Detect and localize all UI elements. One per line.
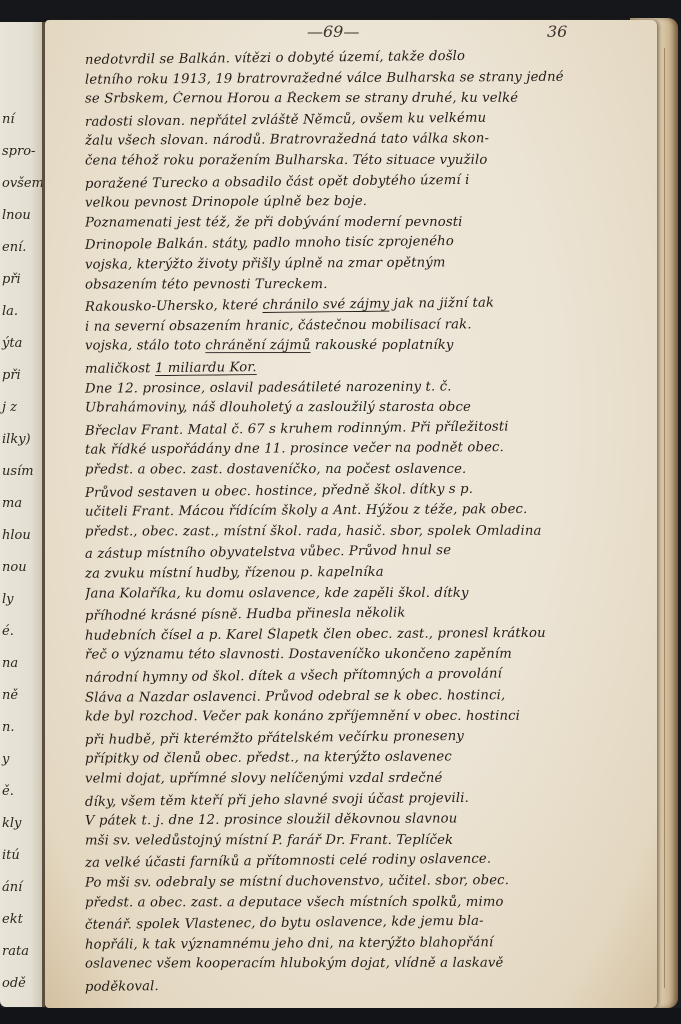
left-page-text-fragment: při <box>2 272 21 287</box>
text-line: Břeclav Frant. Matal č. 67 s kruhem rodi… <box>85 418 633 439</box>
left-page-text-fragment: usím <box>2 464 34 479</box>
text-line: hopřáli, k tak významnému jeho dni, na k… <box>85 934 633 952</box>
text-line: obsazením této pevnosti Tureckem. <box>85 276 633 292</box>
left-page-text-fragment: n. <box>2 720 15 735</box>
text-line: Sláva a Nazdar oslavenci. Průvod odebral… <box>85 687 633 705</box>
left-page-text-fragment: ně <box>2 688 18 703</box>
underlined-phrase: 1 miliardu Kor. <box>155 360 257 376</box>
left-page-text-fragment: y <box>2 752 9 767</box>
text-line: velmi dojat, upřímné slovy nelíčenými vz… <box>85 771 633 787</box>
text-line: vojska, kterýžto životy přišly úplně na … <box>85 254 633 272</box>
manuscript-page: —69— 36 nedotvrdil se Balkán. vítězi o d… <box>45 20 657 1008</box>
text-line: tak řídké uspořádány dne 11. prosince ve… <box>85 440 633 458</box>
text-line: hudebních čísel a p. Karel Šlapetk člen … <box>85 625 633 643</box>
page-number-center: —69— <box>307 22 359 41</box>
text-line: se Srbskem, Černou Horou a Řeckem se str… <box>85 91 633 107</box>
text-line: učiteli Frant. Mácou řídícím školy a Ant… <box>85 502 633 520</box>
left-page-edge: níspro-ovšemlnouení.přila.ýtapřij zilky)… <box>0 22 44 1007</box>
text-line: předst. a obec. zast. dostaveníčko, na p… <box>85 462 633 478</box>
left-page-text-fragment: lnou <box>2 208 31 223</box>
left-page-text-fragment: hlou <box>2 528 31 543</box>
text-line: i na severní obsazením hranic, částečnou… <box>85 316 633 334</box>
text-line: čtenář. spolek Vlastenec, do bytu oslave… <box>85 912 633 933</box>
left-page-text-fragment: ilky) <box>2 432 31 447</box>
underlined-phrase: chránění zájmů <box>205 338 310 353</box>
text-line: Poznamenati jest též, že při dobývání mo… <box>85 214 633 230</box>
left-page-text-fragment: ovšem <box>2 176 44 191</box>
left-page-text-fragment: ě. <box>2 784 14 799</box>
left-page-text-fragment: j z <box>2 400 17 415</box>
left-page-text-fragment: ýta <box>2 336 22 351</box>
left-page-text-fragment: odě <box>2 976 26 991</box>
text-line: předst., obec. zast., místní škol. rada,… <box>85 523 633 539</box>
page-number-right: 36 <box>547 22 567 41</box>
text-line: Drinopole Balkán. státy, padlo mnoho tis… <box>85 233 633 254</box>
left-page-text-fragment: ly <box>2 592 14 607</box>
text-line: kde byl rozchod. Večer pak konáno zpříje… <box>85 709 633 725</box>
left-page-text-fragment: ení. <box>2 240 26 255</box>
left-page-text-fragment: nou <box>2 560 27 575</box>
text-line: letního roku 1913, 19 bratrovražedné vál… <box>85 69 633 87</box>
text-line: příhodné krásné písně. Hudba přinesla ně… <box>85 603 633 624</box>
left-page-text-fragment: spro- <box>2 144 35 159</box>
text-line: Dne 12. prosince, oslavil padesátileté n… <box>85 378 633 396</box>
text-line: V pátek t. j. dne 12. prosince sloužil d… <box>85 811 633 829</box>
text-line: Rakousko-Uhersko, které chránilo své záj… <box>85 294 633 315</box>
underlined-phrase: chránilo své zájmy <box>262 297 389 313</box>
text-line: a zástup místního obyvatelstva vůbec. Pr… <box>85 542 633 563</box>
left-page-text-fragment: ma <box>2 496 22 511</box>
left-page-text-fragment: ání <box>2 880 22 895</box>
left-page-text-fragment: é. <box>2 624 14 639</box>
text-line: Jana Kolaříka, ku domu oslavence, kde za… <box>85 585 633 601</box>
text-line: za zvuku místní hudby, řízenou p. kapeln… <box>85 563 633 581</box>
text-line: Ubrahámoviny, náš dlouholetý a zasloužil… <box>85 400 633 416</box>
text-line: poděkoval. <box>85 974 633 995</box>
left-page-text-fragment: ní <box>2 112 15 127</box>
text-line: při hudbě, při kterémžto přátelském večí… <box>85 727 633 748</box>
left-page-text-fragment: ekt <box>2 912 23 927</box>
text-line: Průvod sestaven u obec. hostince, předně… <box>85 480 633 501</box>
text-line: díky, všem těm kteří při jeho slavné svo… <box>85 789 633 810</box>
left-page-text-fragment: itú <box>2 848 20 863</box>
text-line: předst. a obec. zast. a deputace všech m… <box>85 894 633 910</box>
text-line: radosti slovan. nepřátel zvláště Němců, … <box>85 109 633 130</box>
text-line: národní hymny od škol. dítek a všech pří… <box>85 665 633 686</box>
text-line: oslavenec všem kooperacím hlubokým dojat… <box>85 956 633 972</box>
text-line: poražené Turecko a obsadilo část opět do… <box>85 171 633 192</box>
text-line: vojska, stálo toto chránění zájmů rakous… <box>85 338 633 354</box>
text-line: nedotvrdil se Balkán. vítězi o dobyté úz… <box>85 47 633 68</box>
text-line: žalu všech slovan. národů. Bratrovražedn… <box>85 131 633 149</box>
left-page-text-fragment: rata <box>2 944 29 959</box>
left-page-text-fragment: la. <box>2 304 18 319</box>
text-line: Po mši sv. odebraly se místní duchovenst… <box>85 872 633 890</box>
dark-background-bottom <box>0 1008 681 1024</box>
left-page-text-fragment: na <box>2 656 18 671</box>
text-line: řeč o významu této slavnosti. Dostaveníč… <box>85 647 633 663</box>
left-page-text-fragment: kly <box>2 816 21 831</box>
text-line: velkou pevnost Drinopole úplně bez boje. <box>85 193 633 211</box>
left-page-text-fragment: při <box>2 368 21 383</box>
text-line: za velké účasti farníků a přítomnosti ce… <box>85 851 633 872</box>
text-line: mši sv. veledůstojný místní P. farář Dr.… <box>85 832 633 848</box>
text-line: čena téhož roku poražením Bulharska. Tét… <box>85 153 633 169</box>
text-line: maličkost 1 miliardu Kor. <box>85 356 633 377</box>
text-line: přípitky od členů obec. předst., na kter… <box>85 749 633 767</box>
